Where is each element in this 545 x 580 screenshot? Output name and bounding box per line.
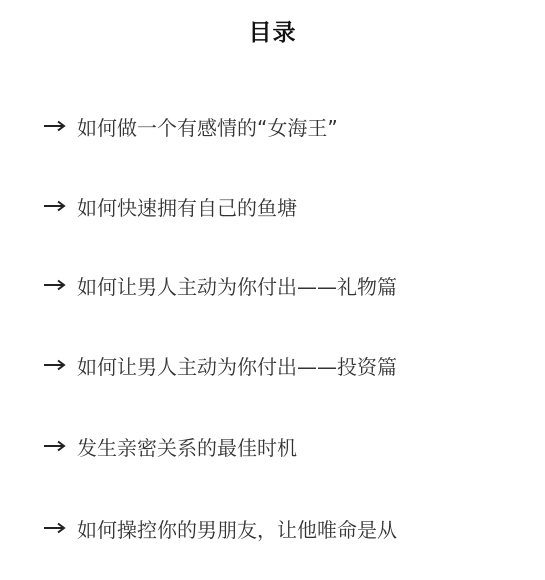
- toc-item[interactable]: 如何快速拥有自己的鱼塘: [44, 191, 297, 221]
- arrow-right-icon: [44, 522, 66, 534]
- toc-item[interactable]: 如何做一个有感情的“女海王”: [44, 111, 338, 141]
- toc-item-label: 如何操控你的男朋友，让他唯命是从: [77, 514, 397, 543]
- toc-item-label: 如何让男人主动为你付出——礼物篇: [77, 271, 397, 300]
- arrow-right-icon: [44, 359, 66, 371]
- toc-item[interactable]: 如何让男人主动为你付出——礼物篇: [44, 270, 397, 300]
- arrow-right-icon: [44, 120, 66, 132]
- page-title: 目录: [0, 14, 545, 47]
- toc-item-label: 发生亲密关系的最佳时机: [77, 432, 297, 461]
- toc-item-label: 如何做一个有感情的“女海王”: [77, 112, 338, 141]
- toc-item-label: 如何让男人主动为你付出——投资篇: [77, 351, 397, 380]
- toc-item[interactable]: 如何让男人主动为你付出——投资篇: [44, 350, 397, 380]
- toc-item[interactable]: 如何操控你的男朋友，让他唯命是从: [44, 513, 397, 543]
- arrow-right-icon: [44, 279, 66, 291]
- arrow-right-icon: [44, 200, 66, 212]
- toc-item-label: 如何快速拥有自己的鱼塘: [77, 192, 297, 221]
- toc-item[interactable]: 发生亲密关系的最佳时机: [44, 431, 297, 461]
- arrow-right-icon: [44, 440, 66, 452]
